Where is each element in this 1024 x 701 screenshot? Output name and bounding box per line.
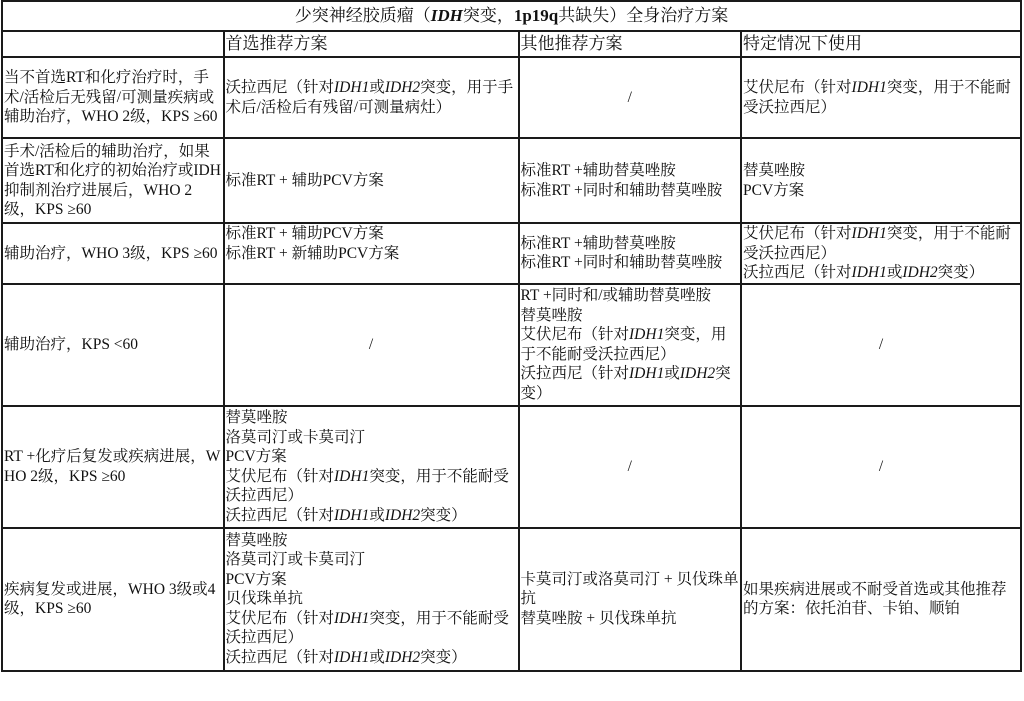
regimen-item: 沃拉西尼（针对IDH1或IDH2突变）	[226, 506, 517, 526]
preferred-cell: 标准RT + 辅助PCV方案 标准RT + 新辅助PCV方案	[224, 223, 519, 284]
special-cell: 艾伏尼布（针对IDH1突变，用于不能耐受沃拉西尼）	[741, 57, 1021, 138]
special-cell: /	[741, 406, 1021, 528]
regimen-item: 标准RT +同时和辅助替莫唑胺	[521, 253, 740, 273]
regimen-item: 替莫唑胺 + 贝伐珠单抗	[521, 609, 740, 629]
regimen-item: 洛莫司汀或卡莫司汀	[226, 550, 517, 570]
special-cell: 艾伏尼布（针对IDH1突变，用于不能耐受沃拉西尼） 沃拉西尼（针对IDH1或ID…	[741, 223, 1021, 284]
regimen-item: 标准RT +辅助替莫唑胺	[521, 161, 740, 181]
preferred-cell: 沃拉西尼（针对IDH1或IDH2突变，用于手术后/活检后有残留/可测量病灶）	[224, 57, 519, 138]
regimen-item: PCV方案	[226, 447, 517, 467]
regimen-item: 替莫唑胺	[521, 306, 740, 326]
table-row: 辅助治疗，KPS <60 / RT +同时和/或辅助替莫唑胺 替莫唑胺 艾伏尼布…	[2, 284, 1021, 406]
condition-cell: RT +化疗后复发或疾病进展，WHO 2级，KPS ≥60	[2, 406, 224, 528]
regimen-item: 沃拉西尼（针对IDH1或IDH2突变）	[226, 648, 517, 668]
regimen-item: 艾伏尼布（针对IDH1突变，用于不能耐受沃拉西尼）	[226, 609, 517, 648]
preferred-cell: 标准RT + 辅助PCV方案	[224, 138, 519, 223]
regimen-item: RT +同时和/或辅助替莫唑胺	[521, 286, 740, 306]
regimen-item: 沃拉西尼（针对IDH1或IDH2突变）	[521, 364, 740, 403]
other-cell: 卡莫司汀或洛莫司汀 + 贝伐珠单抗 替莫唑胺 + 贝伐珠单抗	[519, 528, 742, 671]
regimen-item: 标准RT + 辅助PCV方案	[226, 171, 517, 191]
title-prefix: 少突神经胶质瘤（	[295, 6, 431, 25]
regimen-item: 替莫唑胺	[743, 161, 1019, 181]
header-condition	[2, 31, 224, 57]
table-row: 疾病复发或进展，WHO 3级或4级，KPS ≥60 替莫唑胺 洛莫司汀或卡莫司汀…	[2, 528, 1021, 671]
special-cell: 替莫唑胺 PCV方案	[741, 138, 1021, 223]
header-special: 特定情况下使用	[741, 31, 1021, 57]
table-row: RT +化疗后复发或疾病进展，WHO 2级，KPS ≥60 替莫唑胺 洛莫司汀或…	[2, 406, 1021, 528]
regimen-item: 标准RT + 新辅助PCV方案	[226, 244, 517, 264]
condition-cell: 疾病复发或进展，WHO 3级或4级，KPS ≥60	[2, 528, 224, 671]
special-cell: 如果疾病进展或不耐受首选或其他推荐的方案：依托泊苷、卡铂、顺铂	[741, 528, 1021, 671]
regimen-item: 艾伏尼布（针对IDH1突变，用于不能耐受沃拉西尼）	[226, 467, 517, 506]
regimen-item: 标准RT +同时和辅助替莫唑胺	[521, 181, 740, 201]
regimen-item: PCV方案	[226, 570, 517, 590]
title-1p19q: 1p19q	[514, 6, 558, 25]
other-cell: /	[519, 57, 742, 138]
table-row: 辅助治疗，WHO 3级，KPS ≥60 标准RT + 辅助PCV方案 标准RT …	[2, 223, 1021, 284]
title-middle: 突变，	[463, 6, 514, 25]
regimen-item: 如果疾病进展或不耐受首选或其他推荐的方案：依托泊苷、卡铂、顺铂	[743, 580, 1019, 619]
regimen-item: 沃拉西尼（针对IDH1或IDH2突变）	[743, 263, 1019, 283]
title-idh: IDH	[431, 6, 463, 25]
table-title: 少突神经胶质瘤（IDH突变，1p19q共缺失）全身治疗方案	[2, 1, 1021, 31]
other-cell: RT +同时和/或辅助替莫唑胺 替莫唑胺 艾伏尼布（针对IDH1突变，用于不能耐…	[519, 284, 742, 406]
table-row: 当不首选RT和化疗治疗时，手术/活检后无残留/可测量疾病或辅助治疗，WHO 2级…	[2, 57, 1021, 138]
regimen-item: 洛莫司汀或卡莫司汀	[226, 428, 517, 448]
preferred-cell: 替莫唑胺 洛莫司汀或卡莫司汀 PCV方案 艾伏尼布（针对IDH1突变，用于不能耐…	[224, 406, 519, 528]
other-cell: 标准RT +辅助替莫唑胺 标准RT +同时和辅助替莫唑胺	[519, 223, 742, 284]
regimen-item: 艾伏尼布（针对IDH1突变，用于不能耐受沃拉西尼）	[743, 224, 1019, 263]
other-cell: 标准RT +辅助替莫唑胺 标准RT +同时和辅助替莫唑胺	[519, 138, 742, 223]
regimen-item: 标准RT + 辅助PCV方案	[226, 224, 517, 244]
header-row: 首选推荐方案 其他推荐方案 特定情况下使用	[2, 31, 1021, 57]
condition-cell: 辅助治疗，KPS <60	[2, 284, 224, 406]
condition-cell: 辅助治疗，WHO 3级，KPS ≥60	[2, 223, 224, 284]
condition-cell: 当不首选RT和化疗治疗时，手术/活检后无残留/可测量疾病或辅助治疗，WHO 2级…	[2, 57, 224, 138]
header-preferred: 首选推荐方案	[224, 31, 519, 57]
treatment-table: 少突神经胶质瘤（IDH突变，1p19q共缺失）全身治疗方案 首选推荐方案 其他推…	[1, 0, 1022, 672]
table-row: 手术/活检后的辅助治疗，如果首选RT和化疗的初始治疗或IDH抑制剂治疗进展后，W…	[2, 138, 1021, 223]
condition-cell: 手术/活检后的辅助治疗，如果首选RT和化疗的初始治疗或IDH抑制剂治疗进展后，W…	[2, 138, 224, 223]
other-cell: /	[519, 406, 742, 528]
regimen-item: 替莫唑胺	[226, 531, 517, 551]
regimen-item: 艾伏尼布（针对IDH1突变，用于不能耐受沃拉西尼）	[521, 325, 740, 364]
regimen-item: 贝伐珠单抗	[226, 589, 517, 609]
title-suffix: 共缺失）全身治疗方案	[558, 6, 728, 25]
regimen-item: 替莫唑胺	[226, 408, 517, 428]
preferred-cell: 替莫唑胺 洛莫司汀或卡莫司汀 PCV方案 贝伐珠单抗 艾伏尼布（针对IDH1突变…	[224, 528, 519, 671]
regimen-item: PCV方案	[743, 181, 1019, 201]
preferred-cell: /	[224, 284, 519, 406]
regimen-item: 卡莫司汀或洛莫司汀 + 贝伐珠单抗	[521, 570, 740, 609]
header-other: 其他推荐方案	[519, 31, 742, 57]
special-cell: /	[741, 284, 1021, 406]
regimen-item: 标准RT +辅助替莫唑胺	[521, 234, 740, 254]
